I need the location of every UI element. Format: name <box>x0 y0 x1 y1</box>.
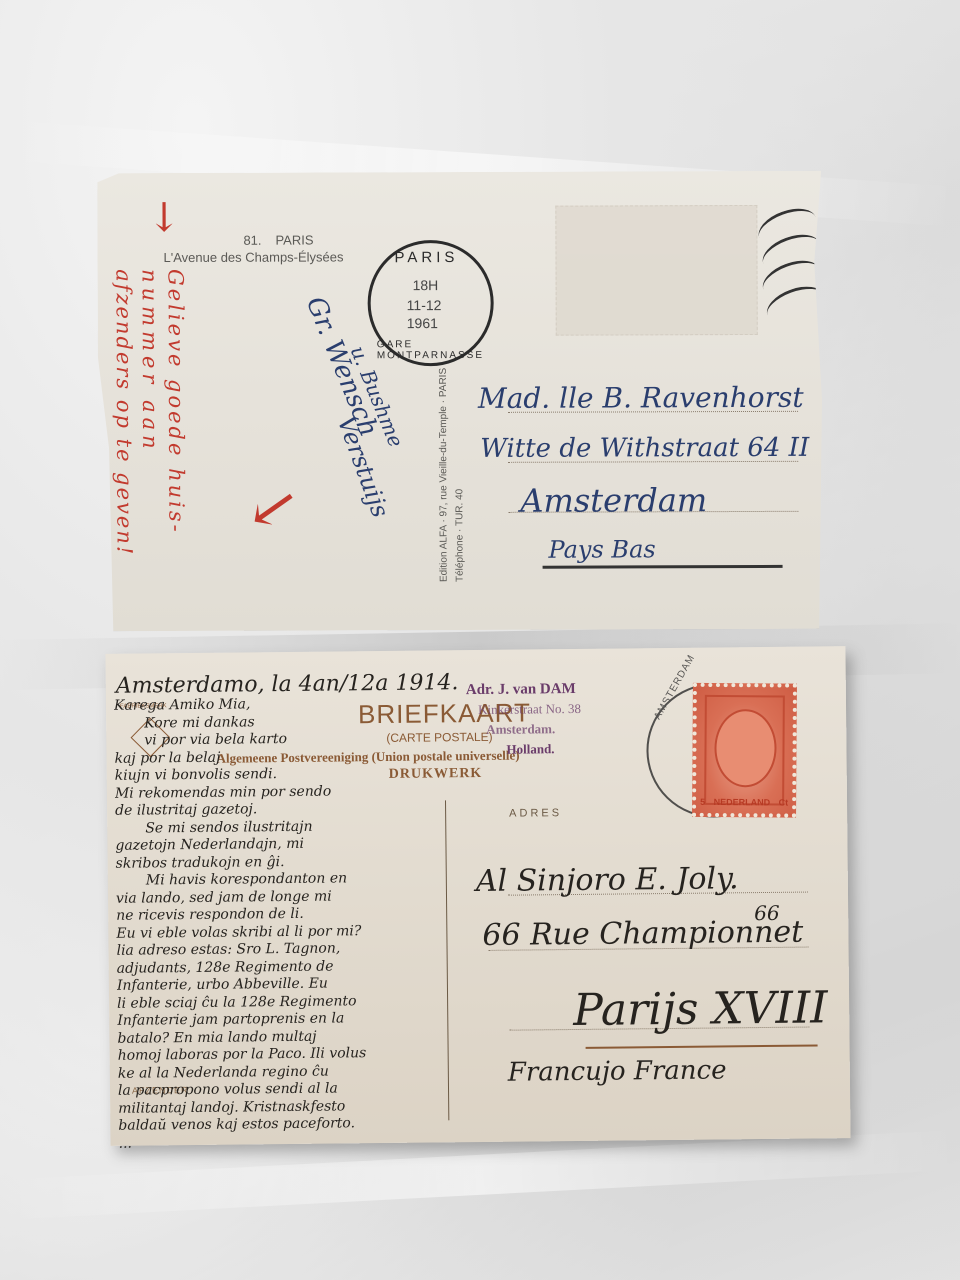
address-underline <box>543 565 783 569</box>
address-line-3: Amsterdam <box>520 481 707 520</box>
red-note-line-2: nummer aan <box>138 269 163 454</box>
publisher-line: Edition ALFA · 97, rue Vieille-du-Temple… <box>438 368 450 582</box>
address-underline <box>586 1044 818 1048</box>
postcard-paris-1961: 81. PARIS L'Avenue des Champs-Élysées PA… <box>97 171 823 632</box>
postage-stamp: 5 NEDERLAND Ct <box>692 683 797 818</box>
address-line-2: 66 Rue Championnet <box>482 915 803 953</box>
address-line-1: Al Sinjoro E. Joly. <box>476 861 739 899</box>
address-line-4: Francujo France <box>508 1055 727 1087</box>
red-note-line-3: afzenders op te geven! <box>112 269 137 556</box>
red-arrow-icon: ↓ <box>147 195 181 241</box>
address-line-2: Witte de Withstraat 64 II <box>480 433 809 464</box>
caption-title: L'Avenue des Champs-Élysées <box>163 249 343 265</box>
address-line-1: Mad. lle B. Ravenhorst <box>478 381 804 415</box>
publisher-phone: Téléphone · TUR. 40 <box>454 489 465 582</box>
queen-portrait-icon <box>714 709 777 787</box>
caption-city: PARIS <box>275 233 313 248</box>
message-line: ... <box>118 1132 448 1153</box>
sender-stamp-line-3: Amsterdam. <box>486 721 555 738</box>
sender-stamp-line-4: Holland. <box>506 741 554 758</box>
address-line-3: Parijs XVIII <box>573 982 828 1036</box>
address-line-4: Pays Bas <box>548 535 655 563</box>
sender-stamp-line-2: Kinkerstraat No. 38 <box>478 701 581 718</box>
postmark-paris: PARIS 18H 11-12 1961 GARE MONTPARNASSE <box>367 240 493 366</box>
sender-stamp-line-1: Adr. J. van DAM <box>466 681 576 699</box>
postcard-briefkaart-1914: Amsterdamo, la 4an/12a 1914. BRIEFKAART … <box>105 646 850 1146</box>
red-arrow-icon: ↙ <box>243 469 304 547</box>
removed-stamp-mark <box>555 205 757 336</box>
caption-number: 81. <box>243 233 261 248</box>
address-label: ADRES <box>509 807 562 820</box>
message-body: Karega Amiko Mia,Kore mi dankasvi por vi… <box>114 694 449 1152</box>
red-note-line-1: Gelieve goede huis- <box>164 269 189 535</box>
